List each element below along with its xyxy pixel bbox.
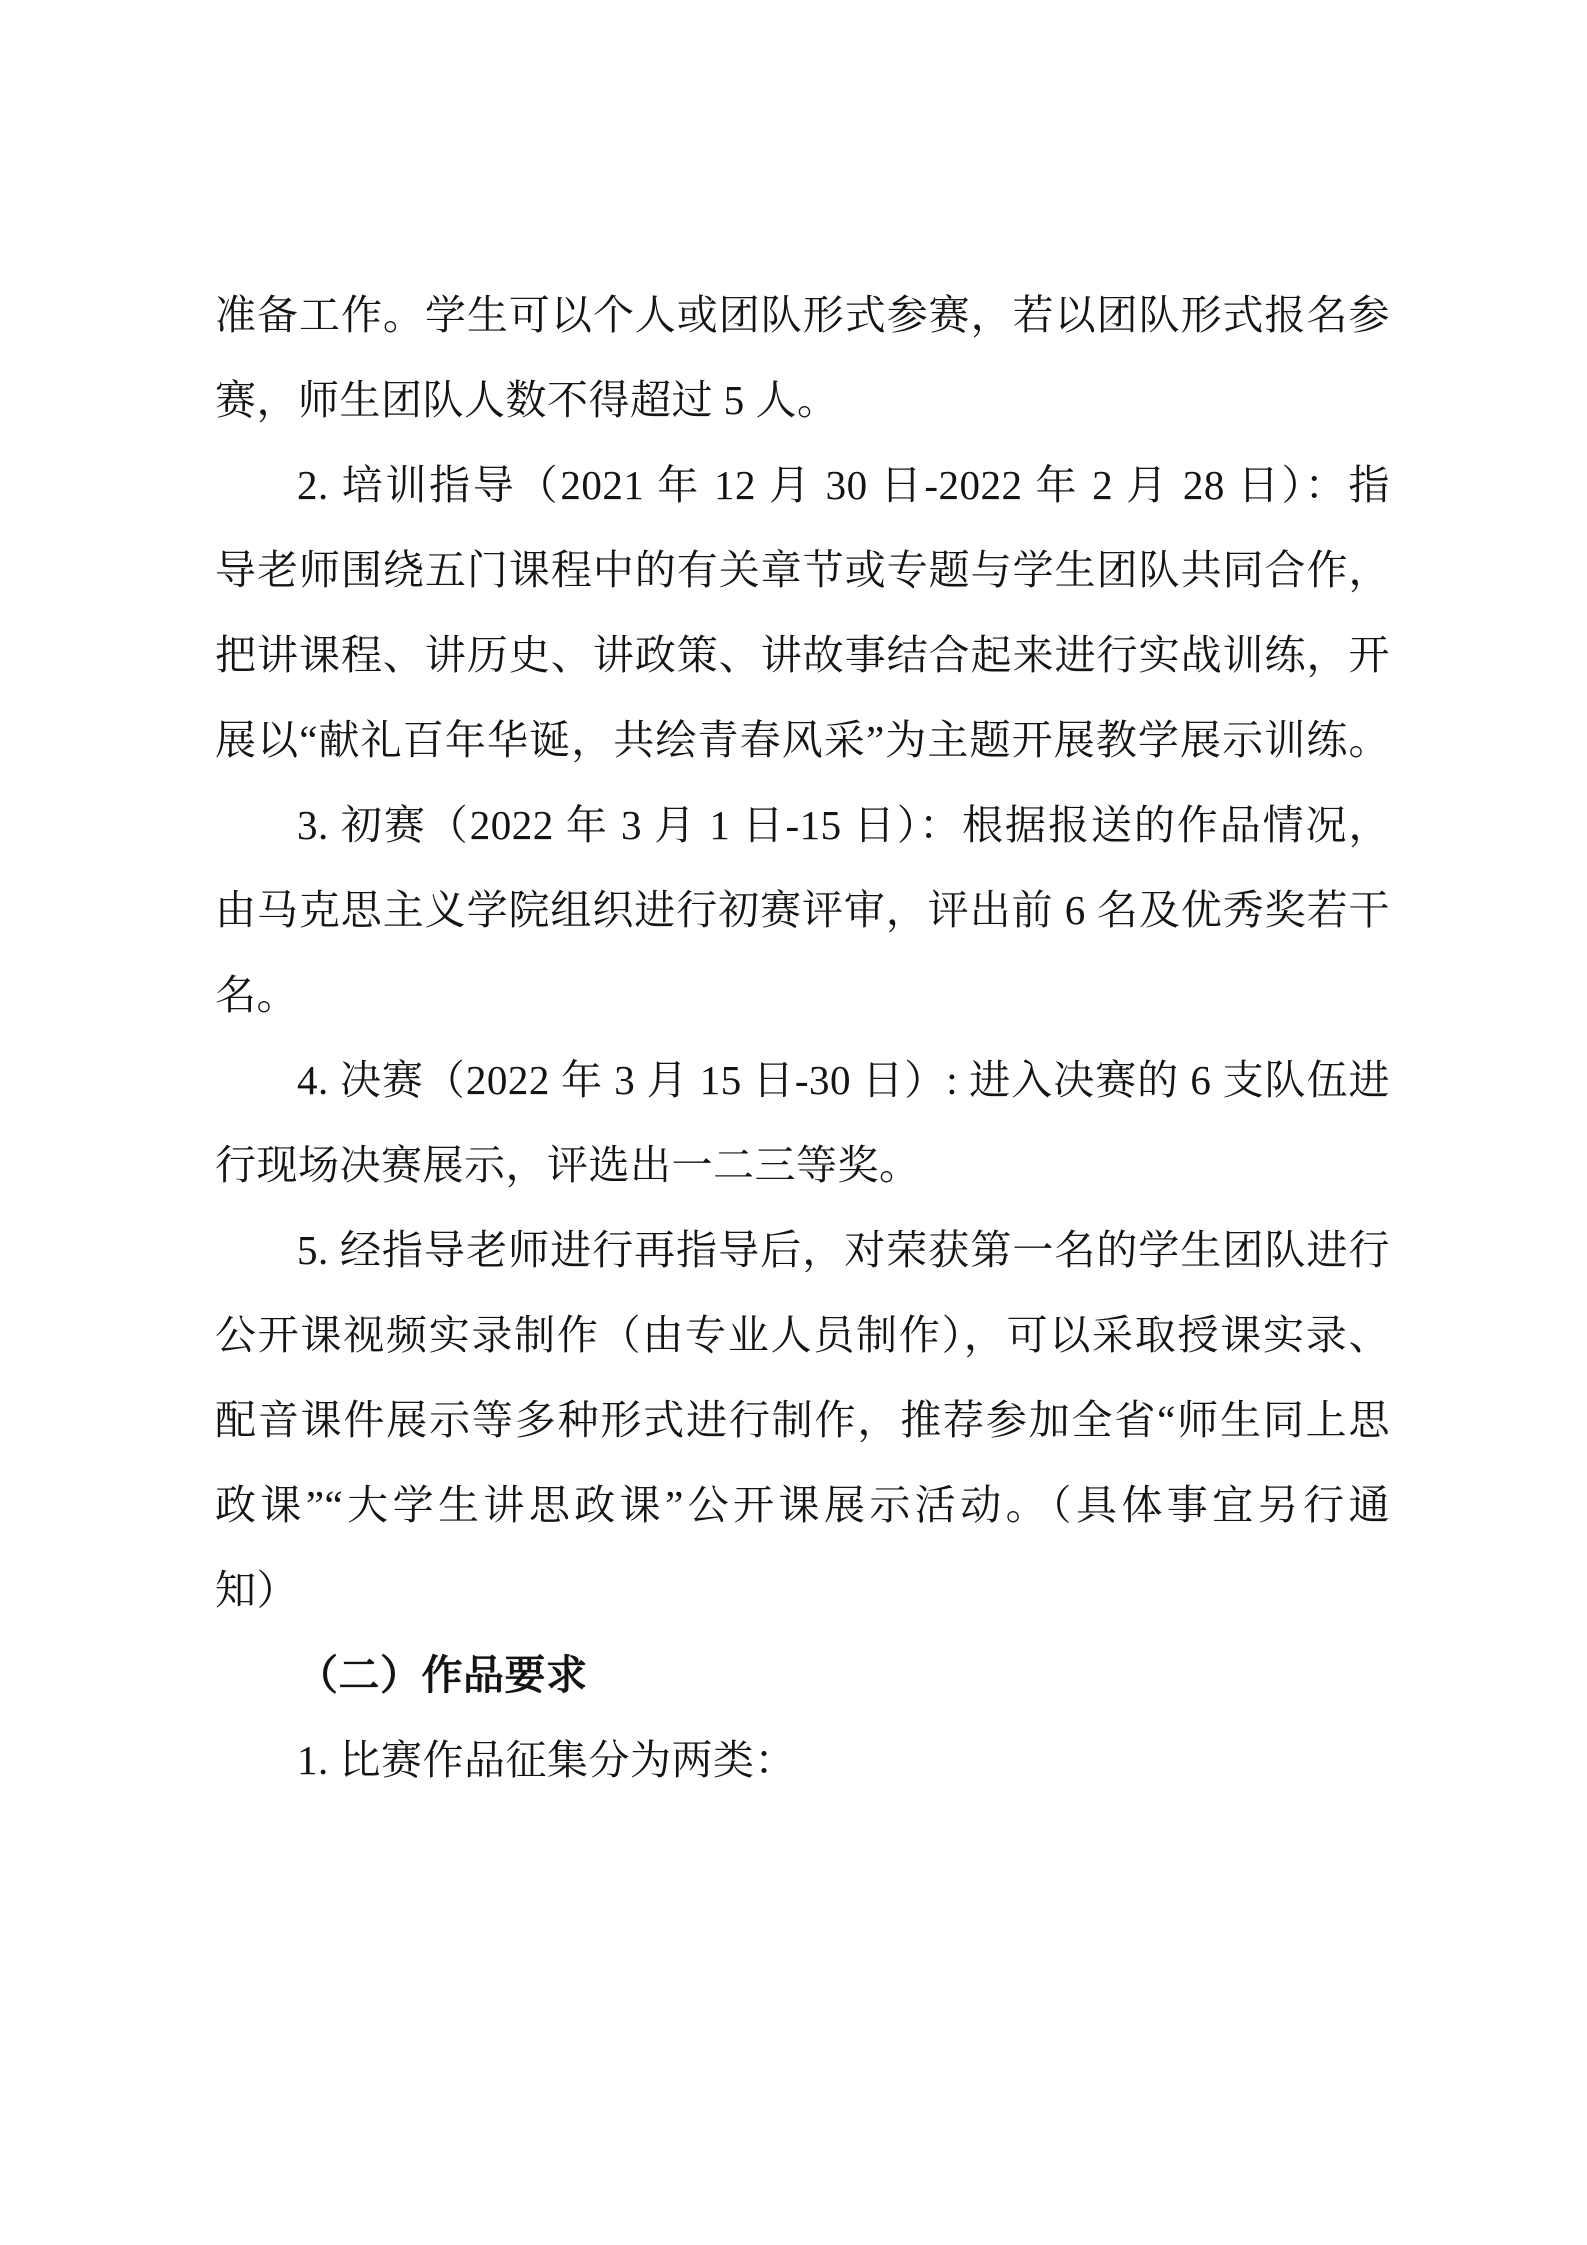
text-line: 由马克思主义学院组织进行初赛评审，评出前 6 名及优秀奖若干 [215, 868, 1390, 953]
text-line: 行现场决赛展示，评选出一二三等奖。 [215, 1123, 1390, 1208]
text-line: 2. 培训指导（2021 年 12 月 30 日-2022 年 2 月 28 日… [215, 443, 1390, 528]
text-line: 知） [215, 1548, 1390, 1633]
text-line: 公开课视频实录制作（由专业人员制作），可以采取授课实录、 [215, 1293, 1390, 1378]
text-line: 3. 初赛（2022 年 3 月 1 日-15 日）：根据报送的作品情况， [215, 783, 1390, 868]
text-line: 把讲课程、讲历史、讲政策、讲故事结合起来进行实战训练，开 [215, 613, 1390, 698]
text-line: 赛，师生团队人数不得超过 5 人。 [215, 358, 1390, 443]
text-line: 4. 决赛（2022 年 3 月 15 日-30 日）: 进入决赛的 6 支队伍… [215, 1038, 1390, 1123]
document-body: 准备工作。学生可以个人或团队形式参赛，若以团队形式报名参赛，师生团队人数不得超过… [215, 273, 1390, 1803]
section-heading-line: （二）作品要求 [215, 1633, 1390, 1718]
text-line: 名。 [215, 953, 1390, 1038]
text-line: 展以“献礼百年华诞，共绘青春风采”为主题开展教学展示训练。 [215, 698, 1390, 783]
text-line: 导老师围绕五门课程中的有关章节或专题与学生团队共同合作， [215, 528, 1390, 613]
text-line: 配音课件展示等多种形式进行制作，推荐参加全省“师生同上思 [215, 1378, 1390, 1463]
text-line: 政课”“大学生讲思政课”公开课展示活动。（具体事宜另行通 [215, 1463, 1390, 1548]
text-line: 5. 经指导老师进行再指导后，对荣获第一名的学生团队进行 [215, 1208, 1390, 1293]
text-line: 1. 比赛作品征集分为两类： [215, 1718, 1390, 1803]
document-page: 准备工作。学生可以个人或团队形式参赛，若以团队形式报名参赛，师生团队人数不得超过… [0, 0, 1587, 2245]
text-line: 准备工作。学生可以个人或团队形式参赛，若以团队形式报名参 [215, 273, 1390, 358]
